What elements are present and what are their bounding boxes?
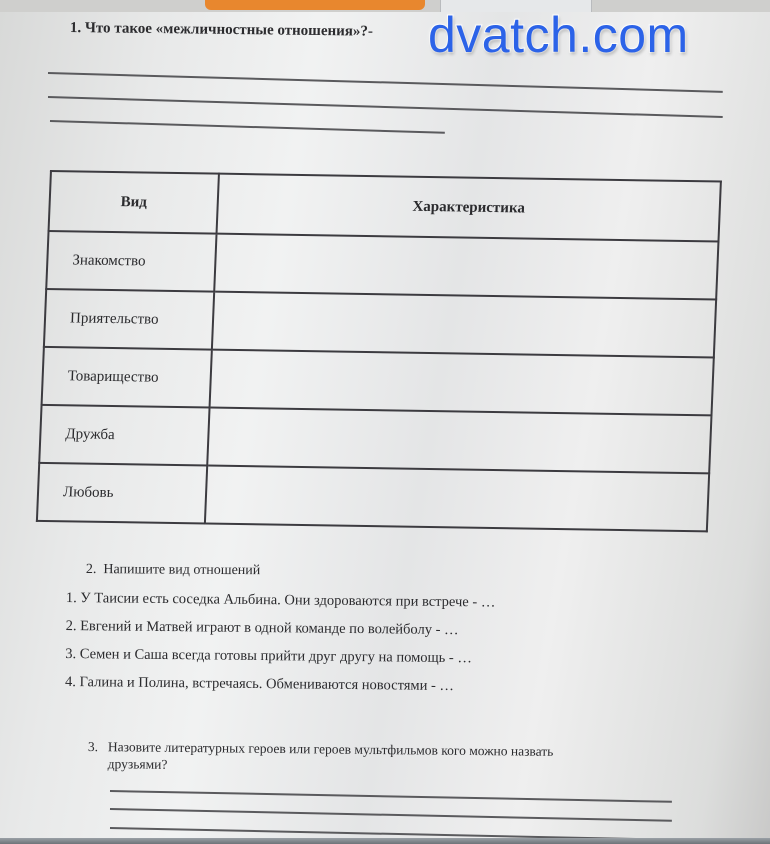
kind-cell: Товарищество bbox=[42, 347, 212, 408]
question-2-text: Напишите вид отношений bbox=[103, 562, 260, 578]
page-bottom-edge bbox=[0, 838, 770, 844]
table-row: Товарищество bbox=[42, 347, 714, 415]
relationships-table: Вид Характеристика Знакомство Приятельст… bbox=[36, 170, 722, 532]
header-characteristic: Характеристика bbox=[217, 174, 721, 242]
table-header-row: Вид Характеристика bbox=[49, 171, 721, 241]
kind-cell: Любовь bbox=[37, 463, 207, 524]
question-1-text: Что такое «межличностные отношения»?- bbox=[85, 20, 373, 40]
question-1-number: 1. bbox=[70, 20, 81, 36]
question-3-number: 3. bbox=[88, 738, 108, 755]
orange-object bbox=[205, 0, 425, 10]
list-item: 1. У Таисии есть соседка Альбина. Они зд… bbox=[66, 590, 496, 622]
characteristic-cell[interactable] bbox=[212, 292, 716, 358]
list-item: 2. Евгений и Матвей играют в одной коман… bbox=[65, 618, 495, 650]
question-2-title: 2. Напишите вид отношений bbox=[86, 562, 260, 579]
table-row: Приятельство bbox=[44, 289, 716, 357]
header-kind: Вид bbox=[49, 171, 219, 234]
question-2-number: 2. bbox=[86, 562, 97, 577]
table-row: Знакомство bbox=[46, 231, 718, 299]
characteristic-cell[interactable] bbox=[214, 234, 718, 300]
watermark: dvatch.com bbox=[428, 10, 689, 60]
table-row: Любовь bbox=[37, 463, 709, 531]
characteristic-cell[interactable] bbox=[205, 466, 709, 532]
characteristic-cell[interactable] bbox=[207, 408, 711, 474]
question-2-items: 1. У Таисии есть соседка Альбина. Они зд… bbox=[65, 590, 496, 706]
list-item: 3. Семен и Саша всегда готовы прийти дру… bbox=[65, 646, 495, 678]
kind-cell: Дружба bbox=[39, 405, 209, 466]
kind-cell: Приятельство bbox=[44, 289, 214, 350]
kind-cell: Знакомство bbox=[46, 231, 216, 292]
list-item: 4. Галина и Полина, встречаясь. Обменива… bbox=[65, 674, 495, 706]
characteristic-cell[interactable] bbox=[210, 350, 714, 416]
table-row: Дружба bbox=[39, 405, 711, 473]
question-3: 3.Назовите литературных героев или герое… bbox=[88, 738, 668, 778]
